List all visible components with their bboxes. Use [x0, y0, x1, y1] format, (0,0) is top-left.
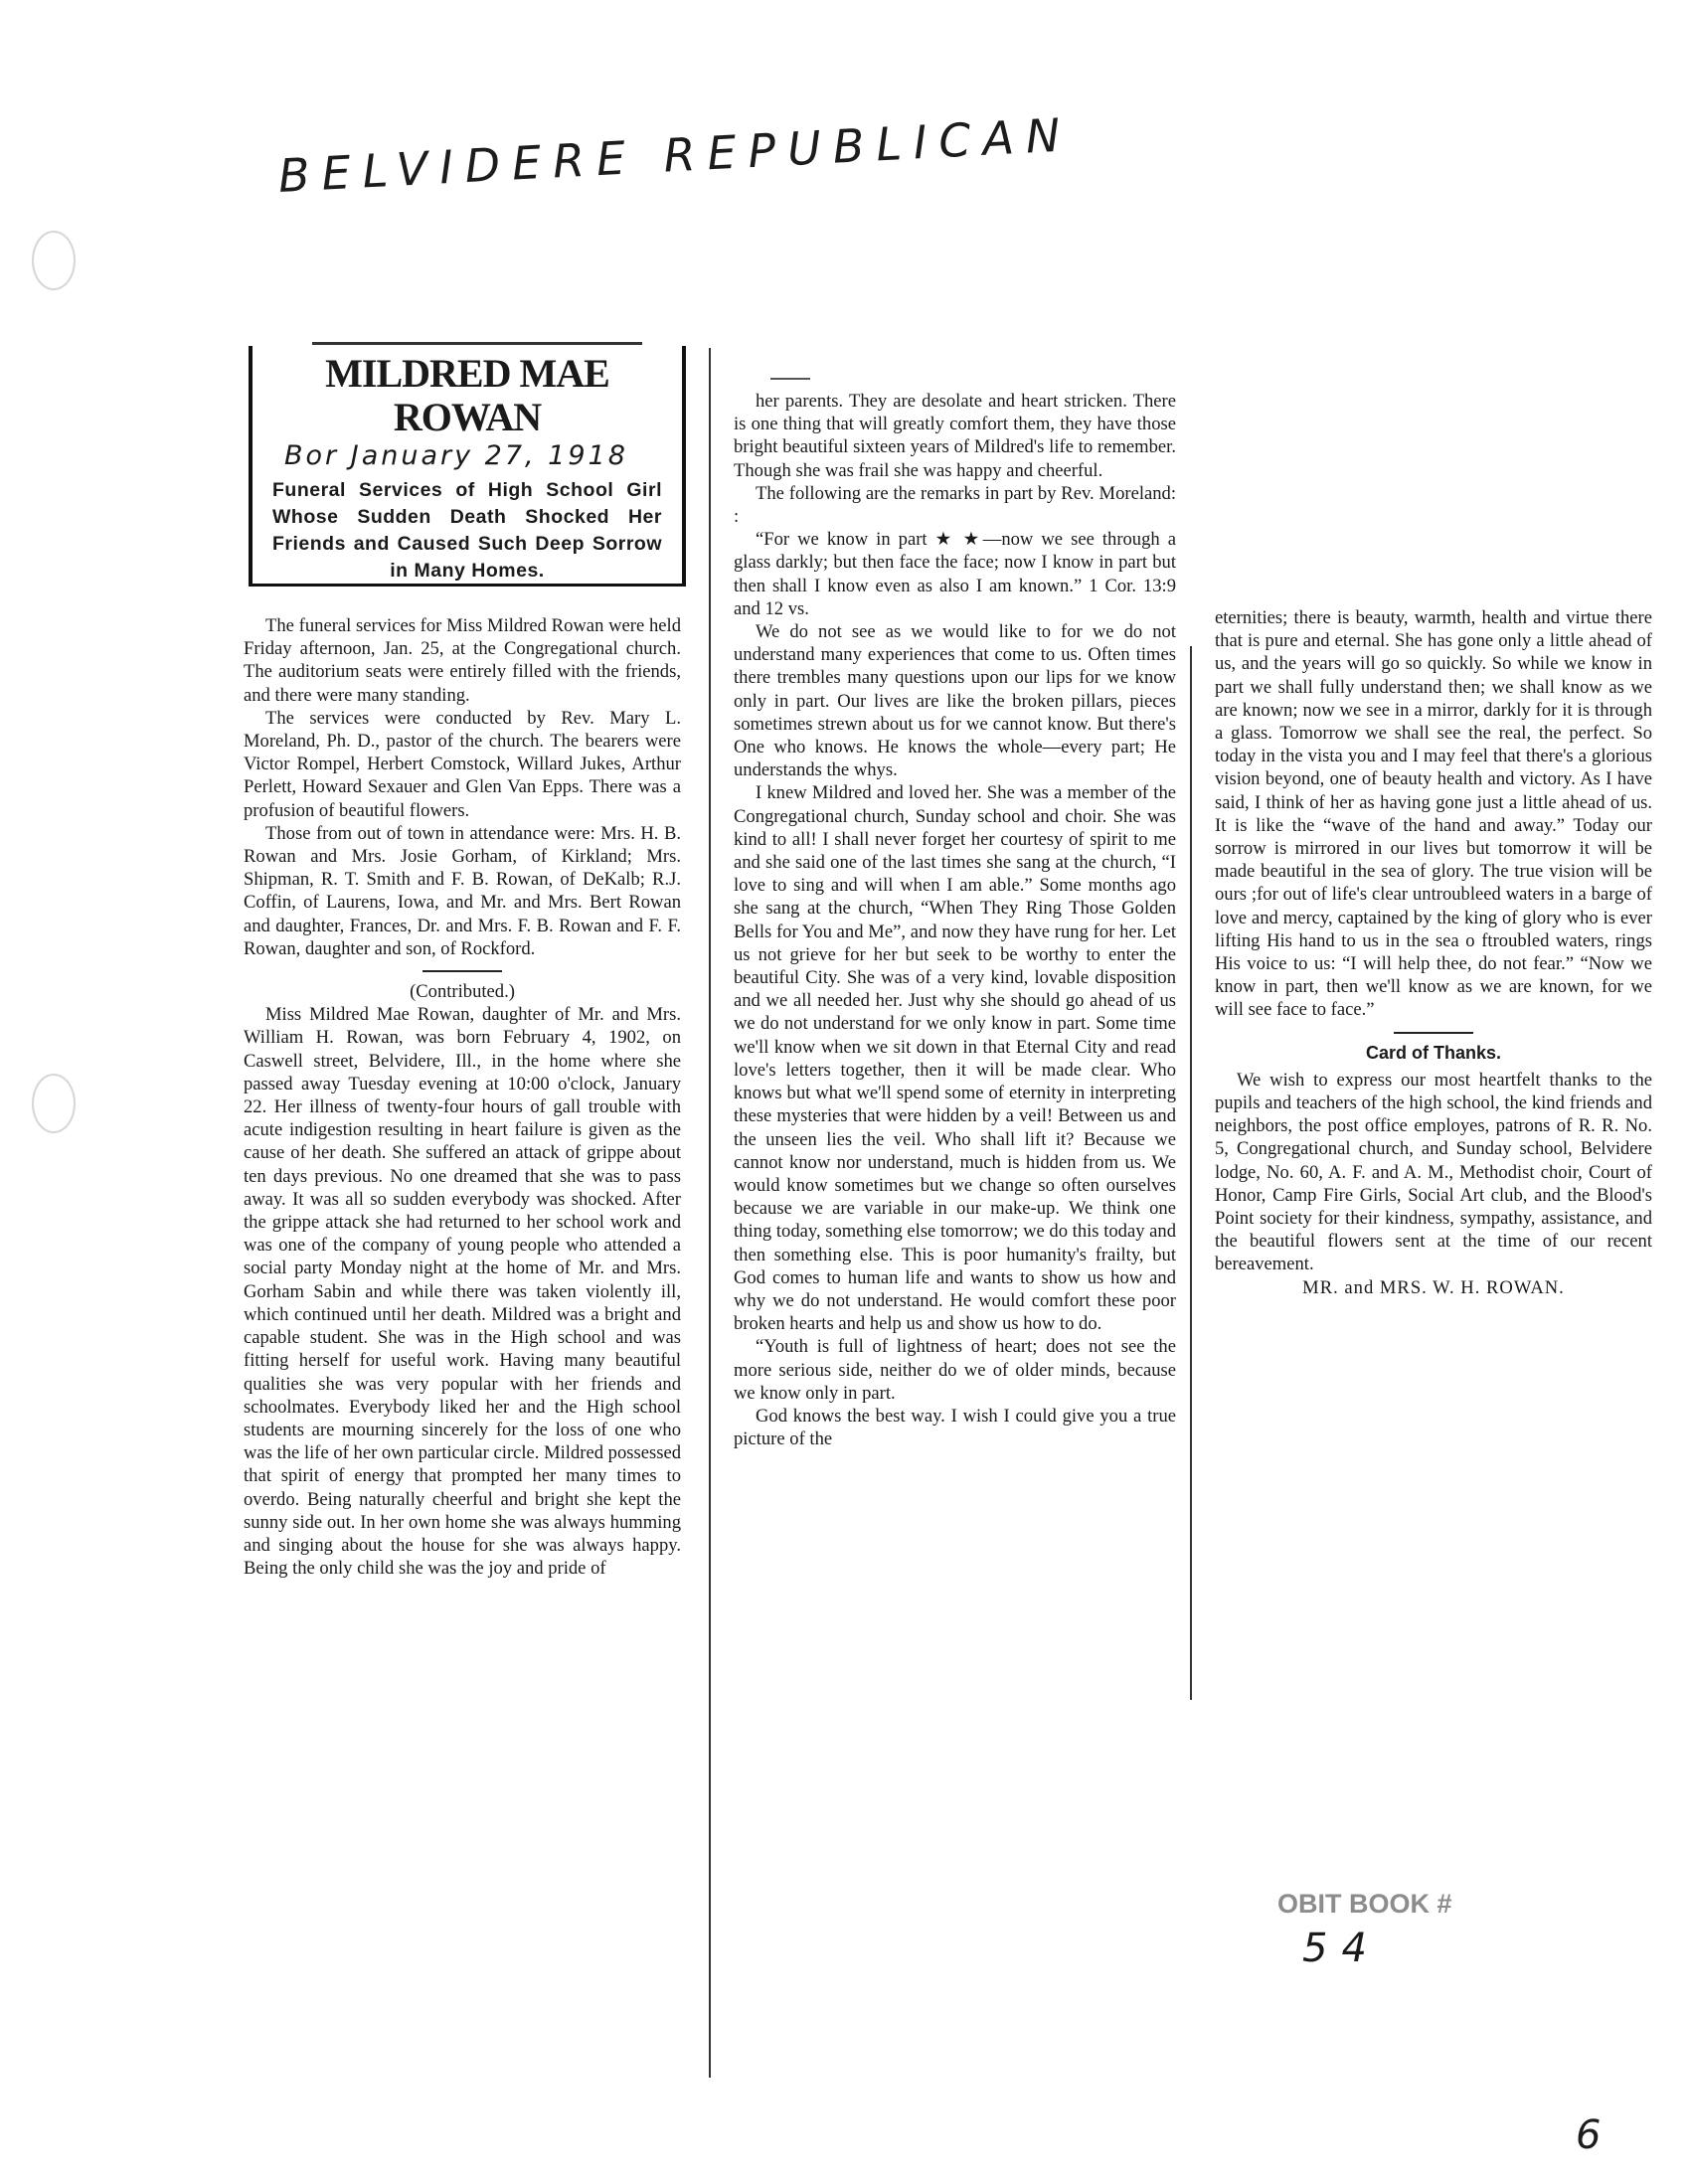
divider	[422, 970, 502, 972]
paragraph: Those from out of town in attendance wer…	[244, 822, 681, 960]
punch-hole	[32, 231, 76, 290]
paragraph: We do not see as we would like to for we…	[734, 620, 1176, 781]
paragraph: “Youth is full of lightness of heart; do…	[734, 1335, 1176, 1405]
paragraph: God knows the best way. I wish I could g…	[734, 1405, 1176, 1450]
article-headline: MILDRED MAE ROWAN	[262, 352, 672, 439]
divider	[770, 378, 810, 380]
handwritten-newspaper-name: BELVIDERE REPUBLICAN	[277, 107, 1074, 203]
paragraph: The services were conducted by Rev. Mary…	[244, 707, 681, 822]
article-column-3: eternities; there is beauty, warmth, hea…	[1215, 606, 1652, 1299]
handwritten-birth-date: Bor January 27, 1918	[284, 439, 672, 473]
article-column-2: her parents. They are desolate and heart…	[734, 390, 1176, 1450]
paragraph: eternities; there is beauty, warmth, hea…	[1215, 606, 1652, 1022]
article-subheadline: Funeral Services of High School Girl Who…	[272, 477, 662, 585]
handwritten-page-number: 6	[1576, 2112, 1601, 2158]
card-of-thanks-signature: MR. and MRS. W. H. ROWAN.	[1215, 1276, 1652, 1299]
headline-box: MILDRED MAE ROWAN Bor January 27, 1918 F…	[249, 346, 686, 587]
paragraph: I knew Mildred and loved her. She was a …	[734, 781, 1176, 1335]
obit-book-number: 54	[1302, 1926, 1381, 1971]
paragraph: The funeral services for Miss Mildred Ro…	[244, 614, 681, 707]
contributed-label: (Contributed.)	[244, 980, 681, 1003]
article-column-1: The funeral services for Miss Mildred Ro…	[244, 614, 681, 1580]
obit-book-stamp: OBIT BOOK #	[1277, 1889, 1452, 1920]
paragraph: “For we know in part ★ ★—now we see thro…	[734, 528, 1176, 620]
column-rule	[1190, 646, 1192, 1700]
paragraph: her parents. They are desolate and heart…	[734, 390, 1176, 482]
divider	[1394, 1032, 1473, 1034]
column-rule	[709, 348, 711, 2078]
paragraph: The following are the remarks in part by…	[734, 482, 1176, 528]
paragraph: Miss Mildred Mae Rowan, daughter of Mr. …	[244, 1003, 681, 1580]
card-of-thanks-body: We wish to express our most heartfelt th…	[1215, 1069, 1652, 1276]
divider	[312, 342, 642, 345]
card-of-thanks-title: Card of Thanks.	[1215, 1042, 1652, 1065]
punch-hole	[32, 1074, 76, 1133]
